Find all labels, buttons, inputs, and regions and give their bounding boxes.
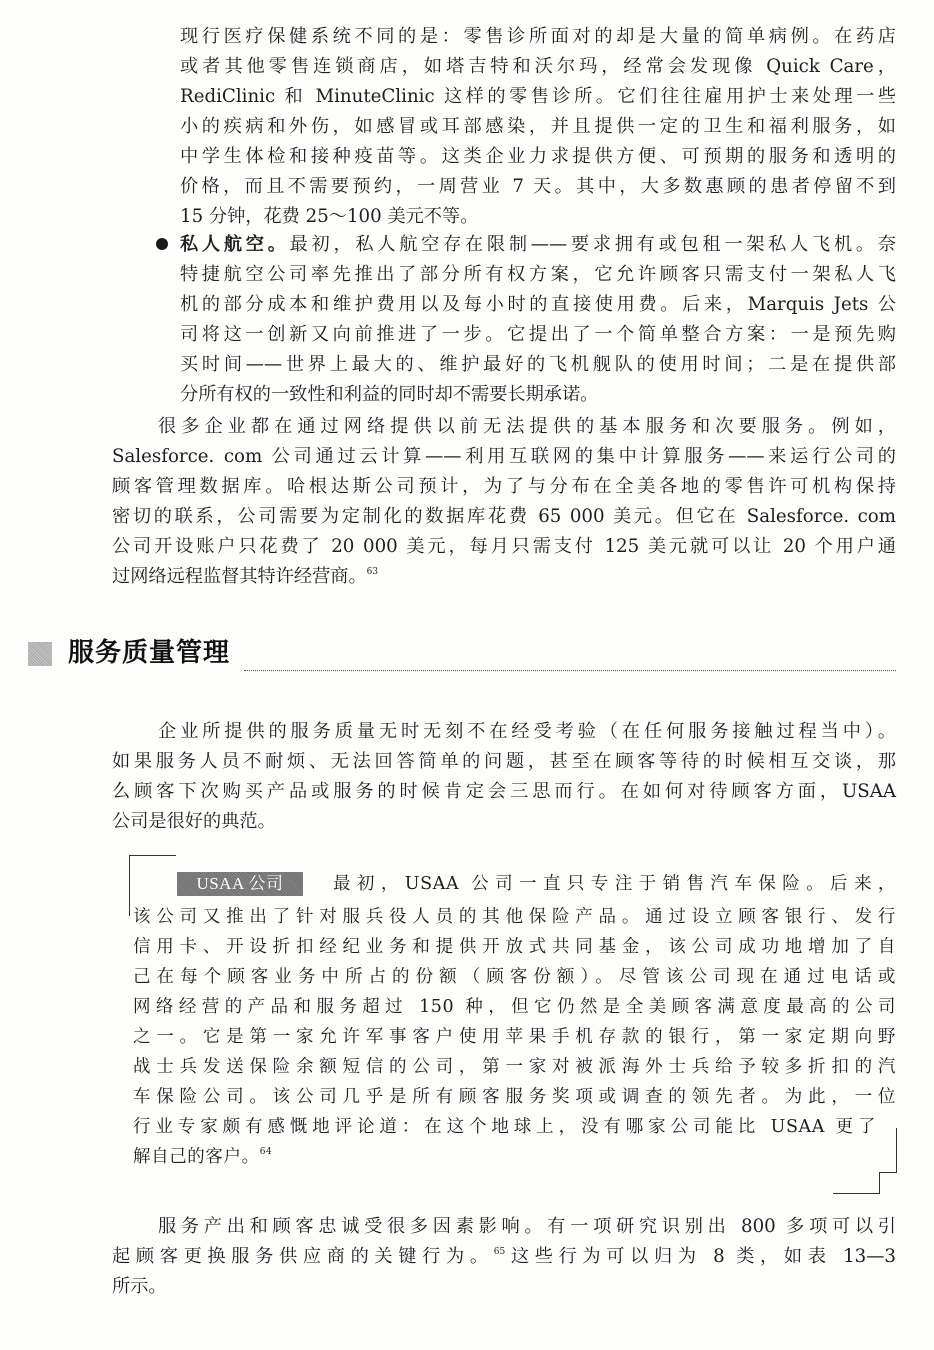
text-line: 己在每个顾客业务中所占的份额（顾客份额）。尽管该公司现在通过电话或 <box>133 962 896 992</box>
text-line: 公司是很好的典范。 <box>112 807 896 837</box>
text-line: 小的疾病和外伤，如感冒或耳部感染，并且提供一定的卫生和福利服务，如 <box>180 112 896 142</box>
text-line: 信用卡、开设折扣经纪业务和提供开放式共同基金，该公司成功地增加了自 <box>133 932 896 962</box>
text-span: 起顾客更换服务供应商的关键行为。 <box>112 1246 494 1267</box>
text-line: 公司开设账户只花费了 20 000 美元，每月只需支付 125 美元就可以让 2… <box>112 532 896 562</box>
text-line: 顾客管理数据库。哈根达斯公司预计，为了与分布在全美各地的零售许可机构保持 <box>112 472 896 502</box>
text-line: 车保险公司。该公司几乎是所有顾客服务奖项或调查的领先者。为此，一位 <box>133 1082 896 1112</box>
case-label-badge: USAA 公司 <box>177 872 303 896</box>
box-corner-bottom-right <box>896 1128 897 1172</box>
box-corner-bottom-right <box>879 1172 880 1193</box>
bullet-dot-icon <box>156 238 168 250</box>
bullet-first-line-text: 最初，私人航空存在限制——要求拥有或包租一架私人飞机。奈 <box>290 234 896 255</box>
text-span: 过网络远程监督其特许经营商。 <box>112 566 367 587</box>
section-title: 服务质量管理 <box>68 635 230 671</box>
text-line: 特捷航空公司率先推出了部分所有权方案，它允许顾客只需支付一架私人飞 <box>180 260 896 290</box>
text-span: 这些行为可以归为 8 类，如表 13—3 <box>505 1246 896 1267</box>
book-page: 现行医疗保健系统不同的是：零售诊所面对的却是大量的简单病例。在药店 或者其他零售… <box>0 0 934 1350</box>
footnote-ref: 63 <box>367 567 378 577</box>
text-line: 买时间——世界上最大的、维护最好的飞机舰队的使用时间；二是在提供部 <box>180 350 896 380</box>
section-heading: 服务质量管理 <box>28 638 898 678</box>
text-line: 如果服务人员不耐烦、无法回答简单的问题，甚至在顾客等待的时候相互交谈，那 <box>112 747 896 777</box>
text-line: 很多企业都在通过网络提供以前无法提供的基本服务和次要服务。例如， <box>158 412 896 442</box>
text-line: 司将这一创新又向前推进了一步。它提出了一个简单整合方案：一是预先购 <box>180 320 896 350</box>
section-dotted-rule <box>244 670 896 671</box>
text-line: Salesforce. com 公司通过云计算——利用互联网的集中计算服务——来… <box>112 442 896 472</box>
text-line: 机的部分成本和维护费用以及每小时的直接使用费。后来，Marquis Jets 公 <box>180 290 896 320</box>
text-line: 最初，USAA 公司一直只专注于销售汽车保险。后来， <box>333 869 896 899</box>
text-line: 行业专家颇有感慨地评论道：在这个地球上，没有哪家公司能比 USAA 更了 <box>133 1112 876 1142</box>
text-span: 解自己的客户。 <box>133 1147 260 1167</box>
text-line: 起顾客更换服务供应商的关键行为。65这些行为可以归为 8 类，如表 13—3 <box>112 1242 896 1272</box>
text-line: 所示。 <box>112 1272 896 1302</box>
text-line: 现行医疗保健系统不同的是：零售诊所面对的却是大量的简单病例。在药店 <box>180 22 896 52</box>
footnote-ref: 64 <box>260 1147 273 1157</box>
text-line: 战士兵发送保险余额短信的公司，第一家对被派海外士兵给予较多折扣的汽 <box>133 1052 896 1082</box>
text-line: 解自己的客户。64 <box>133 1142 876 1172</box>
text-line: 或者其他零售连锁商店，如塔吉特和沃尔玛，经常会发现像 Quick Care， <box>180 52 896 82</box>
text-line: 服务产出和顾客忠诚受很多因素影响。有一项研究识别出 800 多项可以引 <box>158 1212 896 1242</box>
text-line: 价格，而且不需要预约，一周营业 7 天。其中，大多数惠顾的患者停留不到 <box>180 172 896 202</box>
text-line: 该公司又推出了针对服兵役人员的其他保险产品。通过设立顾客银行、发行 <box>133 902 896 932</box>
text-line: 之一。它是第一家允许军事客户使用苹果手机存款的银行，第一家定期向野 <box>133 1022 896 1052</box>
text-line: 中学生体检和接种疫苗等。这类企业力求提供方便、可预期的服务和透明的 <box>180 142 896 172</box>
text-line: 企业所提供的服务质量无时无刻不在经受考验（在任何服务接触过程当中）。 <box>158 717 896 747</box>
text-line: 密切的联系，公司需要为定制化的数据库花费 65 000 美元。但它在 Sales… <box>112 502 896 532</box>
text-line: 分所有权的一致性和利益的同时却不需要长期承诺。 <box>180 380 896 410</box>
box-corner-bottom-right <box>833 1193 880 1194</box>
box-corner-bottom-right <box>879 1172 897 1173</box>
bullet-first-line: 私人航空。最初，私人航空存在限制——要求拥有或包租一架私人飞机。奈 <box>180 230 896 260</box>
text-line: RediClinic 和 MinuteClinic 这样的零售诊所。它们往往雇用… <box>180 82 896 112</box>
text-line: 过网络远程监督其特许经营商。63 <box>112 562 896 592</box>
text-line: 么顾客下次购买产品或服务的时候肯定会三思而行。在如何对待顾客方面，USAA <box>112 777 896 807</box>
text-line: 网络经营的产品和服务超过 150 种，但它仍然是全美顾客满意度最高的公司 <box>133 992 896 1022</box>
bullet-term: 私人航空。 <box>180 234 290 255</box>
text-line: 15 分钟，花费 25～100 美元不等。 <box>180 202 896 232</box>
footnote-ref: 65 <box>494 1247 505 1257</box>
section-marker-icon <box>28 642 52 666</box>
